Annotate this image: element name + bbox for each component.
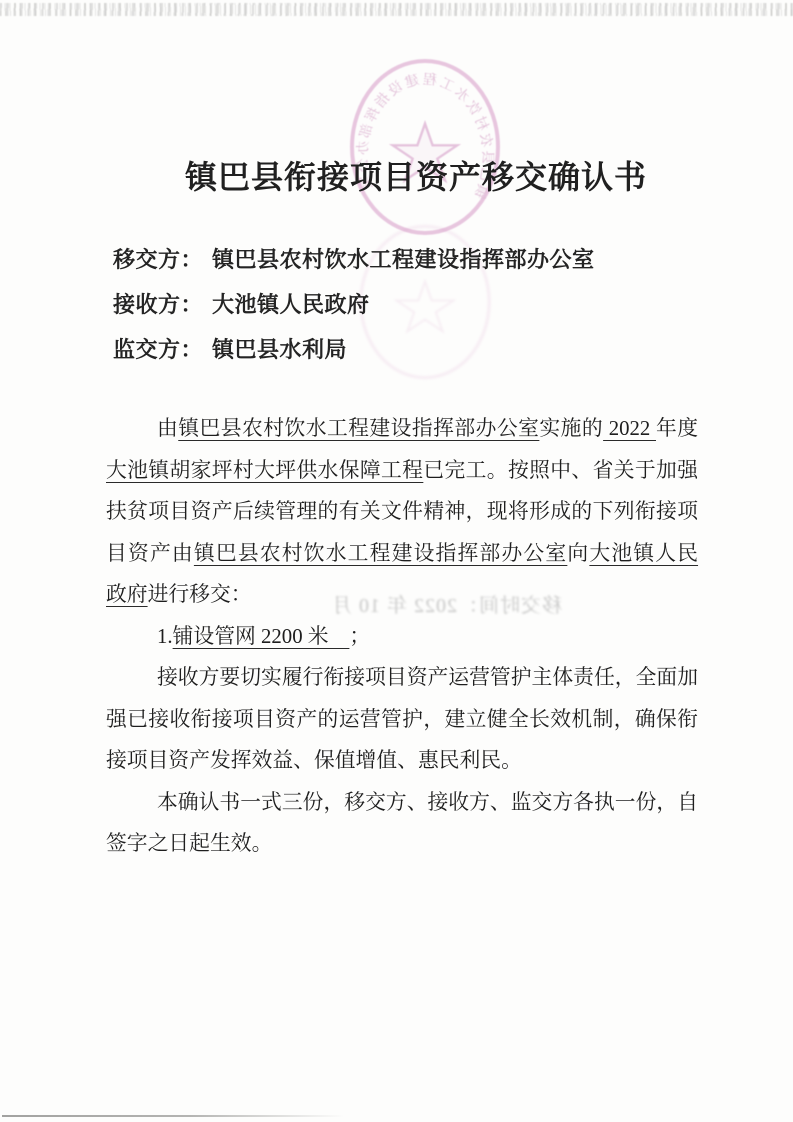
scanner-edge-line xyxy=(2,1115,344,1117)
text-run: 强已接收衔接项目资产的运营管护，建立健全长效机制，确保衔 xyxy=(106,708,698,731)
party-label: 监交方： xyxy=(113,337,203,362)
text-run: 本确认书一式三份，移交方、接收方、监交方各执一份，自 xyxy=(157,791,698,814)
party-row-transferor: 移交方：镇巴县农村饮水工程建设指挥部办公室 xyxy=(113,237,595,282)
party-row-receiver: 接收方：大池镇人民政府 xyxy=(113,282,595,327)
text-run: 已完工。按照中、省关于加强 xyxy=(423,459,698,482)
para-line: 由镇巴县农村饮水工程建设指挥部办公室实施的 2022 年度 xyxy=(106,408,698,450)
party-value: 大池镇人民政府 xyxy=(212,292,370,317)
text-run: 实施的 xyxy=(539,417,603,440)
para-line: 接收方要切实履行衔接项目资产运营管护主体责任，全面加 xyxy=(106,657,698,699)
text-run: 签字之日起生效。 xyxy=(106,832,272,855)
para-line: 本确认书一式三份，移交方、接收方、监交方各执一份，自 xyxy=(106,782,698,824)
document-body: 由镇巴县农村饮水工程建设指挥部办公室实施的 2022 年度 大池镇胡家坪村大坪供… xyxy=(106,408,698,865)
underlined-text: 镇巴县农村饮水工程建设指挥部办公室 xyxy=(178,417,539,440)
official-seal-stamp: 镇巴县农村饮水工程建设指挥部办公室 xyxy=(347,56,503,238)
text-run: 年度 xyxy=(656,417,698,440)
seal-graphic: 镇巴县农村饮水工程建设指挥部办公室 xyxy=(347,56,503,238)
parties-block: 移交方：镇巴县农村饮水工程建设指挥部办公室 接收方：大池镇人民政府 监交方：镇巴… xyxy=(113,237,595,372)
document-title: 镇巴县衔接项目资产移交确认书 xyxy=(118,152,714,198)
text-run: 接收方要切实履行衔接项目资产运营管护主体责任，全面加 xyxy=(157,666,698,689)
underlined-text: 大池镇人民 xyxy=(589,542,698,565)
text-run: 接项目资产发挥效益、保值增值、惠民利民。 xyxy=(106,749,522,772)
party-label: 移交方： xyxy=(113,247,203,272)
text-run: 目资产由 xyxy=(106,542,194,565)
underlined-text: 铺设管网 2200 米 xyxy=(173,625,350,648)
text-run: 由 xyxy=(157,417,178,440)
underlined-text: 2022 xyxy=(603,417,656,440)
text-run: 进行移交： xyxy=(148,583,252,606)
para-line: 强已接收衔接项目资产的运营管护，建立健全长效机制，确保衔 xyxy=(106,699,698,741)
para-line: 扶贫项目资产后续管理的有关文件精神，现将形成的下列衔接项 xyxy=(106,491,698,533)
para-line: 签字之日起生效。 xyxy=(106,823,698,865)
text-run: ； xyxy=(349,625,370,648)
para-line: 政府进行移交： xyxy=(106,574,698,616)
item-number: 1. xyxy=(157,625,173,648)
text-run: 扶贫项目资产后续管理的有关文件精神，现将形成的下列衔接项 xyxy=(106,500,698,523)
underlined-text: 政府 xyxy=(106,583,148,606)
underlined-text: 大池镇胡家坪村大坪供水保障工程 xyxy=(106,459,423,482)
para-line: 接项目资产发挥效益、保值增值、惠民利民。 xyxy=(106,740,698,782)
party-value: 镇巴县水利局 xyxy=(212,337,347,362)
text-run: 向 xyxy=(567,542,589,565)
scanned-document-page: 镇巴县农村饮水工程建设指挥部办公室 移交时间：2022 年 10 月 镇巴县衔接… xyxy=(0,0,793,1122)
party-value: 镇巴县农村饮水工程建设指挥部办公室 xyxy=(212,247,595,272)
scanner-noise-band xyxy=(0,3,793,16)
party-label: 接收方： xyxy=(113,292,203,317)
asset-item-line: 1.铺设管网 2200 米 ； xyxy=(106,616,698,658)
para-line: 目资产由镇巴县农村饮水工程建设指挥部办公室向大池镇人民 xyxy=(106,533,698,575)
para-line: 大池镇胡家坪村大坪供水保障工程已完工。按照中、省关于加强 xyxy=(106,450,698,492)
party-row-supervisor: 监交方：镇巴县水利局 xyxy=(113,327,595,372)
underlined-text: 镇巴县农村饮水工程建设指挥部办公室 xyxy=(194,542,567,565)
